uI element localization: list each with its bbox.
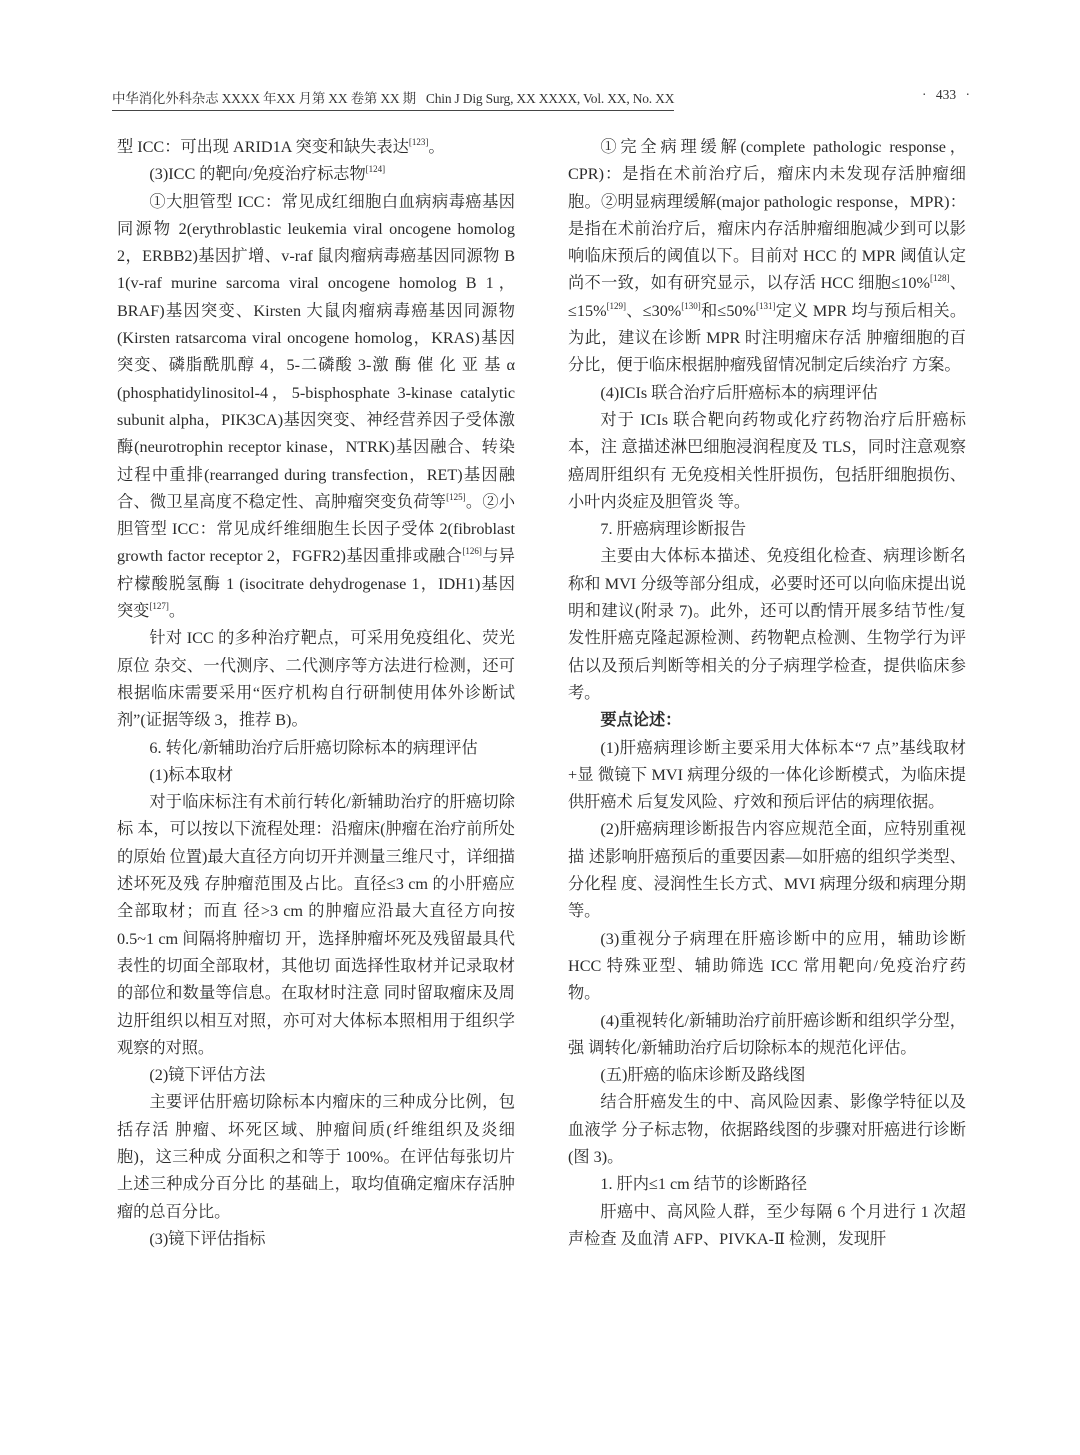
paragraph: (1)肝癌病理诊断主要采用大体标本“7 点”基线取材+显 微镜下 MVI 病理分… (568, 735, 966, 817)
citation-reference[interactable]: [131] (756, 301, 776, 311)
section-heading: (3)ICC 的靶向/免疫治疗标志物[124] (117, 161, 515, 188)
section-heading: (五)肝癌的临床诊断及路线图 (568, 1062, 966, 1089)
citation-reference[interactable]: [128] (930, 273, 950, 283)
paragraph: 对于 ICIs 联合靶向药物或化疗药物治疗后肝癌标本，注 意描述淋巴细胞浸润程度… (568, 407, 966, 516)
paragraph: ①大胆管型 ICC：常见成红细胞白血病病毒癌基因同源物 2(erythrobla… (117, 189, 515, 626)
citation-reference[interactable]: [129] (607, 301, 627, 311)
text-run: 6. 转化/新辅助治疗后肝癌切除标本的病理评估 (149, 739, 477, 757)
text-run: 。 (169, 602, 185, 620)
text-run: (3)镜下评估指标 (149, 1230, 265, 1248)
section-heading: (3)镜下评估指标 (117, 1226, 515, 1253)
citation-reference[interactable]: [130] (681, 301, 701, 311)
page-number: · 433 · (922, 87, 970, 103)
paragraph: (3)重视分子病理在肝癌诊断中的应用，辅助诊断 HCC 特殊亚型、辅助筛选 IC… (568, 926, 966, 1008)
text-run: 主要评估肝癌切除标本内瘤床的三种成分比例，包括存活 肿瘤、坏死区域、肿瘤间质(纤… (117, 1093, 515, 1220)
text-run: 针对 ICC 的多种治疗靶点，可采用免疫组化、荧光原位 杂交、一代测序、二代测序… (117, 629, 515, 729)
paragraph: 对于临床标注有术前行转化/新辅助治疗的肝癌切除标 本，可以按以下流程处理：沿瘤床… (117, 789, 515, 1062)
citation-reference[interactable]: [125] (446, 492, 466, 502)
text-run: (2)肝癌病理诊断报告内容应规范全面，应特别重视描 述影响肝癌预后的重要因素—如… (568, 820, 966, 920)
text-run: (1)标本取材 (149, 766, 233, 784)
citation-reference[interactable]: [126] (462, 546, 482, 556)
journal-citation: 中华消化外科杂志 XXXX 年XX 月第 XX 卷第 XX 期Chin J Di… (112, 87, 674, 111)
right-column: ①完全病理缓解(complete pathologic response，CPR… (568, 134, 966, 1253)
section-heading: 6. 转化/新辅助治疗后肝癌切除标本的病理评估 (117, 735, 515, 762)
text-run: 主要由大体标本描述、免疫组化检查、病理诊断名称和 MVI 分级等部分组成，必要时… (568, 547, 966, 701)
section-heading: (4)ICIs 联合治疗后肝癌标本的病理评估 (568, 380, 966, 407)
citation-reference[interactable]: [127] (149, 601, 169, 611)
paragraph: 针对 ICC 的多种治疗靶点，可采用免疫组化、荧光原位 杂交、一代测序、二代测序… (117, 625, 515, 734)
text-run: (3)重视分子病理在肝癌诊断中的应用，辅助诊断 HCC 特殊亚型、辅助筛选 IC… (568, 930, 966, 1003)
section-heading: (2)镜下评估方法 (117, 1062, 515, 1089)
text-run: 对于 ICIs 联合靶向药物或化疗药物治疗后肝癌标本，注 意描述淋巴细胞浸润程度… (568, 411, 966, 511)
paragraph: 结合肝癌发生的中、高风险因素、影像学特征以及血液学 分子标志物，依据路线图的步骤… (568, 1089, 966, 1171)
text-run: (4)ICIs 联合治疗后肝癌标本的病理评估 (600, 384, 877, 402)
citation-reference[interactable]: [123] (409, 137, 429, 147)
section-heading: 7. 肝癌病理诊断报告 (568, 516, 966, 543)
text-run: 7. 肝癌病理诊断报告 (600, 520, 746, 538)
left-column: 型 ICC：可出现 ARID1A 突变和缺失表达[123]。(3)ICC 的靶向… (117, 134, 515, 1253)
paragraph: (2)肝癌病理诊断报告内容应规范全面，应特别重视描 述影响肝癌预后的重要因素—如… (568, 816, 966, 925)
text-run: 要点论述： (600, 711, 681, 729)
section-heading: 要点论述： (568, 707, 966, 734)
paragraph: ①完全病理缓解(complete pathologic response，CPR… (568, 134, 966, 380)
section-heading: (1)标本取材 (117, 762, 515, 789)
text-run: 型 ICC：可出现 ARID1A 突变和缺失表达 (117, 138, 409, 156)
section-heading: 1. 肝内≤1 cm 结节的诊断路径 (568, 1171, 966, 1198)
text-run: (五)肝癌的临床诊断及路线图 (600, 1066, 805, 1084)
text-run: 对于临床标注有术前行转化/新辅助治疗的肝癌切除标 本，可以按以下流程处理：沿瘤床… (117, 793, 515, 1057)
text-run: 肝癌中、高风险人群，至少每隔 6 个月进行 1 次超声检查 及血清 AFP、PI… (568, 1203, 966, 1248)
citation-reference[interactable]: [124] (366, 164, 386, 174)
journal-title-en: Chin J Dig Surg, XX XXXX, Vol. XX, No. X… (426, 91, 674, 106)
journal-title-cn: 中华消化外科杂志 XXXX 年XX 月第 XX 卷第 XX 期 (112, 91, 416, 106)
text-run: (2)镜下评估方法 (149, 1066, 265, 1084)
text-run: (4)重视转化/新辅助治疗前肝癌诊断和组织学分型，强 调转化/新辅助治疗后切除标… (568, 1012, 966, 1057)
text-run: 和≤50% (701, 302, 756, 320)
text-run: 。 (428, 138, 444, 156)
paragraph: 型 ICC：可出现 ARID1A 突变和缺失表达[123]。 (117, 134, 515, 161)
text-run: 结合肝癌发生的中、高风险因素、影像学特征以及血液学 分子标志物，依据路线图的步骤… (568, 1093, 966, 1166)
text-run: 、≤30% (626, 302, 681, 320)
running-header: 中华消化外科杂志 XXXX 年XX 月第 XX 卷第 XX 期Chin J Di… (112, 87, 970, 109)
text-run: ①完全病理缓解(complete pathologic response，CPR… (568, 138, 966, 292)
text-run: (3)ICC 的靶向/免疫治疗标志物 (149, 165, 365, 183)
paragraph: 主要评估肝癌切除标本内瘤床的三种成分比例，包括存活 肿瘤、坏死区域、肿瘤间质(纤… (117, 1089, 515, 1225)
text-run: (1)肝癌病理诊断主要采用大体标本“7 点”基线取材+显 微镜下 MVI 病理分… (568, 739, 966, 812)
paragraph: 肝癌中、高风险人群，至少每隔 6 个月进行 1 次超声检查 及血清 AFP、PI… (568, 1199, 966, 1254)
text-run: ①大胆管型 ICC：常见成红细胞白血病病毒癌基因同源物 2(erythrobla… (117, 193, 515, 511)
text-run: 1. 肝内≤1 cm 结节的诊断路径 (600, 1175, 807, 1193)
paragraph: 主要由大体标本描述、免疫组化检查、病理诊断名称和 MVI 分级等部分组成，必要时… (568, 543, 966, 707)
paragraph: (4)重视转化/新辅助治疗前肝癌诊断和组织学分型，强 调转化/新辅助治疗后切除标… (568, 1008, 966, 1063)
